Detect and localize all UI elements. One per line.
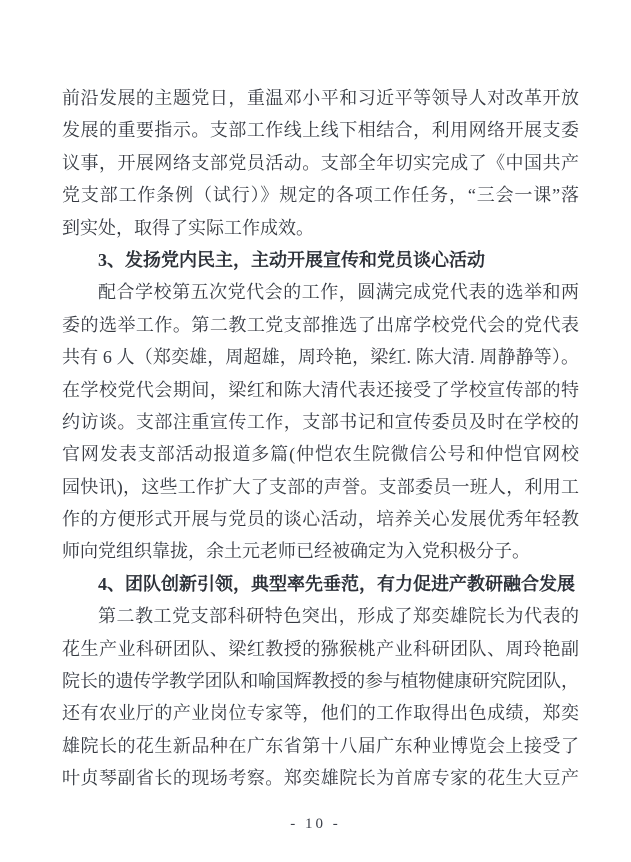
line-text: 到实处，取得了实际工作成效。: [62, 218, 314, 238]
line-text: 还有农业厅的产业岗位专家等，他们的工作取得出色成绩，郑奕: [62, 703, 579, 723]
text-line: 到实处，取得了实际工作成效。: [62, 212, 579, 244]
line-text: 共有 6 人（郑奕雄，周超雄，周玲艳，梁红. 陈大清. 周静静等）。: [62, 347, 579, 367]
line-text: 官网发表支部活动报道多篇(仲恺农生院微信公号和仲恺官网校: [62, 444, 580, 464]
text-line: 第二教工党支部科研特色突出，形成了郑奕雄院长为代表的: [62, 600, 579, 632]
text-line: 叶贞琴副省长的现场考察。郑奕雄院长为首席专家的花生大豆产: [62, 762, 579, 794]
line-text: 第二教工党支部科研特色突出，形成了郑奕雄院长为代表的: [98, 606, 580, 626]
text-line: 作的方便形式开展与党员的谈心活动，培养关心发展优秀年轻教: [62, 503, 579, 535]
line-text: 发展的重要指示。支部工作线上线下相结合，利用网络开展支委: [62, 120, 579, 140]
line-text: 师向党组织靠拢，余土元老师已经被确定为入党积极分子。: [62, 541, 530, 561]
line-text: 作的方便形式开展与党员的谈心活动，培养关心发展优秀年轻教: [62, 509, 579, 529]
text-line: 院长的遗传学教学团队和喻国辉教授的参与植物健康研究院团队，: [62, 665, 579, 697]
text-block: 前沿发展的主题党日，重温邓小平和习近平等领导人对改革开放发展的重要指示。支部工作…: [62, 82, 579, 795]
text-line: 共有 6 人（郑奕雄，周超雄，周玲艳，梁红. 陈大清. 周静静等）。: [62, 341, 579, 373]
line-text: 委的选举工作。第二教工党支部推选了出席学校党代会的党代表: [62, 315, 579, 335]
text-line: 前沿发展的主题党日，重温邓小平和习近平等领导人对改革开放: [62, 82, 579, 114]
line-text: 党支部工作条例（试行）》规定的各项工作任务，“三会一课”落: [62, 185, 580, 205]
text-line: 委的选举工作。第二教工党支部推选了出席学校党代会的党代表: [62, 309, 579, 341]
text-line: 在学校党代会期间，梁红和陈大清代表还接受了学校宣传部的特: [62, 374, 579, 406]
heading-line: 4、团队创新引领，典型率先垂范，有力促进产教研融合发展: [62, 568, 579, 600]
page-number: - 10 -: [290, 816, 341, 832]
text-line: 约访谈。支部注重宣传工作，支部书记和宣传委员及时在学校的: [62, 406, 579, 438]
line-text: 在学校党代会期间，梁红和陈大清代表还接受了学校宣传部的特: [62, 380, 579, 400]
line-text: 3、发扬党内民主，主动开展宣传和党员谈心活动: [98, 250, 485, 270]
heading-line: 3、发扬党内民主，主动开展宣传和党员谈心活动: [62, 244, 579, 276]
text-line: 党支部工作条例（试行）》规定的各项工作任务，“三会一课”落: [62, 179, 579, 211]
text-line: 雄院长的花生新品种在广东省第十八届广东种业博览会上接受了: [62, 730, 579, 762]
text-line: 议事，开展网络支部党员活动。支部全年切实完成了《中国共产: [62, 147, 579, 179]
text-line: 官网发表支部活动报道多篇(仲恺农生院微信公号和仲恺官网校: [62, 438, 579, 470]
text-line: 师向党组织靠拢，余土元老师已经被确定为入党积极分子。: [62, 535, 579, 567]
document-page: 前沿发展的主题党日，重温邓小平和习近平等领导人对改革开放发展的重要指示。支部工作…: [0, 0, 631, 862]
line-text: 前沿发展的主题党日，重温邓小平和习近平等领导人对改革开放: [62, 88, 579, 108]
line-text: 议事，开展网络支部党员活动。支部全年切实完成了《中国共产: [62, 153, 579, 173]
text-line: 花生产业科研团队、梁红教授的猕猴桃产业科研团队、周玲艳副: [62, 633, 579, 665]
text-line: 园快讯)，这些工作扩大了支部的声誉。支部委员一班人，利用工: [62, 471, 579, 503]
line-text: 叶贞琴副省长的现场考察。郑奕雄院长为首席专家的花生大豆产: [62, 768, 579, 788]
line-text: 雄院长的花生新品种在广东省第十八届广东种业博览会上接受了: [62, 736, 579, 756]
text-line: 配合学校第五次党代会的工作，圆满完成党代表的选举和两: [62, 276, 579, 308]
line-text: 4、团队创新引领，典型率先垂范，有力促进产教研融合发展: [98, 574, 575, 594]
line-text: 配合学校第五次党代会的工作，圆满完成党代表的选举和两: [98, 282, 580, 302]
text-line: 发展的重要指示。支部工作线上线下相结合，利用网络开展支委: [62, 114, 579, 146]
line-text: 园快讯)，这些工作扩大了支部的声誉。支部委员一班人，利用工: [62, 477, 579, 497]
line-text: 约访谈。支部注重宣传工作，支部书记和宣传委员及时在学校的: [62, 412, 579, 432]
text-line: 还有农业厅的产业岗位专家等，他们的工作取得出色成绩，郑奕: [62, 697, 579, 729]
line-text: 花生产业科研团队、梁红教授的猕猴桃产业科研团队、周玲艳副: [62, 639, 579, 659]
line-text: 院长的遗传学教学团队和喻国辉教授的参与植物健康研究院团队，: [62, 671, 579, 691]
page-footer: - 10 -: [0, 812, 631, 836]
